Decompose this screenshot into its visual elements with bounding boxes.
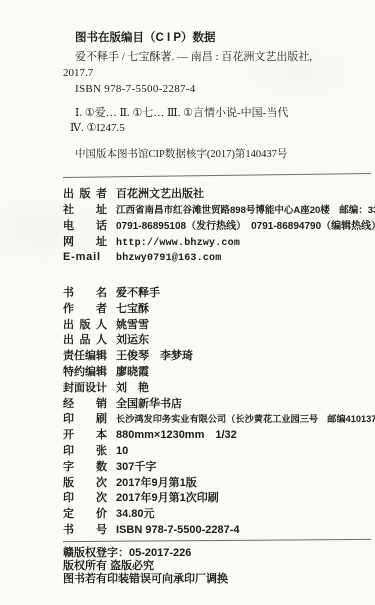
info-row-label: 特约编辑 <box>63 366 107 379</box>
divider-line-bottom <box>63 539 371 542</box>
misprint-exchange-notice: 图书若有印装错误可向承印厂调换 <box>63 573 228 586</box>
info-row: 电话 0791-86895108（发行热线） 0791-86894790（编辑热… <box>63 220 375 233</box>
cip-classification-line-2: Ⅳ. ①I247.5 <box>70 122 125 135</box>
info-row-value: 刘 艳 <box>116 382 149 395</box>
info-row: 作者 七宝酥 <box>63 303 149 316</box>
info-row-label: 出版者 <box>63 188 107 201</box>
copyright-registration: 赣版权登字：05-2017-226 <box>63 547 191 560</box>
info-row-value: 10 <box>116 445 128 458</box>
info-row: 经销 全国新华书店 <box>63 398 182 411</box>
info-row-label: E-mail <box>63 251 107 264</box>
cip-year-line: 2017.7 <box>63 67 93 80</box>
info-row-value: 王俊琴 李梦琦 <box>116 350 193 363</box>
cip-classification-line-1: Ⅰ. ①爱… Ⅱ. ①七… Ⅲ. ①言情小说-中国-当代 <box>75 107 288 120</box>
info-row: 社址 江西省南昌市红谷滩世贸路898号博能中心A座20楼 邮编：330038 <box>63 204 375 217</box>
info-row-label: 封面设计 <box>63 382 107 395</box>
info-row: 印刷 长沙鸿发印务实业有限公司（长沙黄花工业园三号 邮编410137） <box>63 413 375 426</box>
info-row-value: 长沙鸿发印务实业有限公司（长沙黄花工业园三号 邮编410137） <box>116 413 375 426</box>
info-row: 网址 http://www.bhzwy.com <box>63 236 240 250</box>
info-row: 定价 34.80元 <box>63 508 155 521</box>
info-row-label: 印张 <box>63 445 107 458</box>
info-row-value: 刘运东 <box>116 334 149 347</box>
info-row: 封面设计 刘 艳 <box>63 382 149 395</box>
info-row-label: 出品人 <box>63 334 107 347</box>
info-row-label: 定价 <box>63 508 107 521</box>
divider-line-top <box>63 173 371 178</box>
book-author: 七宝酥 <box>116 303 149 316</box>
book-price: 34.80元 <box>116 508 155 521</box>
info-row: 出版者 百花洲文艺出版社 <box>63 188 204 201</box>
info-row-label: 社址 <box>63 204 107 217</box>
cip-isbn-line: ISBN 978-7-5500-2287-4 <box>75 83 196 96</box>
book-title: 爱不释手 <box>116 287 160 300</box>
info-row-label: 网址 <box>63 236 107 249</box>
info-row: 特约编辑 廖晓霞 <box>63 366 149 379</box>
info-row-value: 廖晓霞 <box>116 366 149 379</box>
info-row-label: 书号 <box>63 524 107 537</box>
info-row: 印张 10 <box>63 445 128 458</box>
info-row-value: 江西省南昌市红谷滩世贸路898号博能中心A座20楼 邮编：330038 <box>116 204 375 217</box>
info-row: 书名 爱不释手 <box>63 287 160 300</box>
book-isbn: ISBN 978-7-5500-2287-4 <box>116 524 240 537</box>
info-row: 书号 ISBN 978-7-5500-2287-4 <box>63 524 240 537</box>
info-row: E-mail bhzwy0791@163.com <box>63 251 221 265</box>
info-row-value: 姚雪雪 <box>116 319 149 332</box>
info-row-value: 880mm×1230mm 1/32 <box>116 429 237 442</box>
info-row-value: 百花洲文艺出版社 <box>116 188 204 201</box>
copyright-page: 图书在版编目（C I P）数据 爱不释手 / 七宝酥著. — 南昌 : 百花洲文… <box>0 0 375 605</box>
info-row: 版次 2017年9月第1版 <box>63 477 197 490</box>
info-row: 字数 307千字 <box>63 461 156 474</box>
cip-record-number: 中国版本图书馆CIP数据核字(2017)第140437号 <box>75 148 287 161</box>
info-row-label: 电话 <box>63 220 107 233</box>
info-row-value: 0791-86895108（发行热线） 0791-86894790（编辑热线） <box>116 220 375 233</box>
info-row: 出品人 刘运东 <box>63 334 149 347</box>
info-row-value: 2017年9月第1次印刷 <box>116 492 219 505</box>
info-row-label: 经销 <box>63 398 107 411</box>
cip-title-line: 爱不释手 / 七宝酥著. — 南昌 : 百花洲文艺出版社, <box>75 51 312 64</box>
website-url: http://www.bhzwy.com <box>116 237 240 250</box>
info-row-label: 版次 <box>63 477 107 490</box>
email-address: bhzwy0791@163.com <box>116 252 221 265</box>
info-row-label: 开本 <box>63 429 107 442</box>
info-row: 印次 2017年9月第1次印刷 <box>63 492 219 505</box>
cip-heading: 图书在版编目（C I P）数据 <box>75 32 216 45</box>
info-row-value: 307千字 <box>116 461 156 474</box>
info-row-label: 书名 <box>63 287 107 300</box>
info-row-label: 责任编辑 <box>63 350 107 363</box>
info-row-value: 2017年9月第1版 <box>116 477 197 490</box>
info-row-label: 字数 <box>63 461 107 474</box>
info-row-label: 出版人 <box>63 319 107 332</box>
info-row: 责任编辑 王俊琴 李梦琦 <box>63 350 193 363</box>
info-row-label: 印刷 <box>63 413 107 426</box>
copyright-notice: 版权所有 盗版必究 <box>63 560 154 573</box>
info-row: 出版人 姚雪雪 <box>63 319 149 332</box>
info-row-value: 全国新华书店 <box>116 398 182 411</box>
info-row: 开本 880mm×1230mm 1/32 <box>63 429 237 442</box>
info-row-label: 作者 <box>63 303 107 316</box>
info-row-label: 印次 <box>63 492 107 505</box>
